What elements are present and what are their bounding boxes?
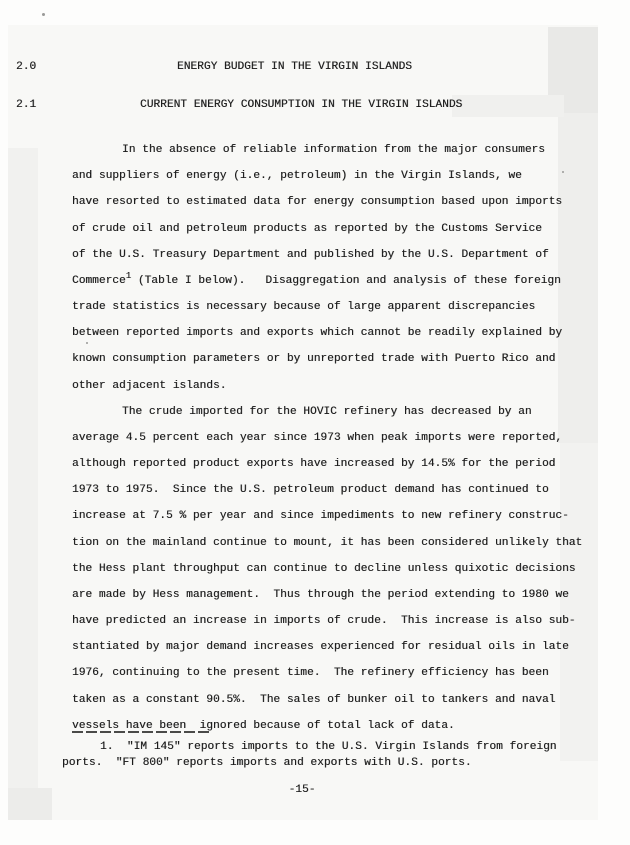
body-line: increase at 7.5 % per year and since imp… [72, 503, 584, 529]
body-line: are made by Hess management. Thus throug… [72, 582, 584, 608]
footnote-reference-superscript: 1 [126, 263, 131, 289]
body-line: known consumption parameters or by unrep… [72, 346, 584, 372]
scan-shade-behind-title [452, 95, 564, 117]
body-line: stantiated by major demand increases exp… [72, 634, 584, 660]
body-line-text: Commerce [72, 275, 126, 287]
body-text: In the absence of reliable information f… [72, 137, 584, 739]
body-line: of the U.S. Treasury Department and publ… [72, 242, 584, 268]
body-line: taken as a constant 90.5%. The sales of … [72, 687, 584, 713]
body-line: average 4.5 percent each year since 1973… [72, 425, 584, 451]
body-line: of crude oil and petroleum products as r… [72, 216, 584, 242]
body-line-text: (Table I below). Disaggregation and anal… [131, 275, 561, 287]
page-number: -15- [72, 784, 532, 796]
section-title-current-consumption: CURRENT ENERGY CONSUMPTION IN THE VIRGIN… [140, 99, 462, 111]
footnote: 1. "IM 145" reports imports to the U.S. … [62, 740, 582, 771]
body-line: In the absence of reliable information f… [72, 137, 584, 163]
body-line: other adjacent islands. [72, 373, 584, 399]
body-line-commerce: Commerce1 (Table I below). Disaggregatio… [72, 268, 584, 294]
body-line: the Hess plant throughput can continue t… [72, 556, 584, 582]
scanned-document-page: 2.0 ENERGY BUDGET IN THE VIRGIN ISLANDS … [0, 0, 630, 845]
scan-shade-left [8, 148, 38, 820]
scan-speck [42, 13, 45, 16]
footnote-line: 1. "IM 145" reports imports to the U.S. … [62, 740, 582, 756]
body-line: have resorted to estimated data for ener… [72, 189, 584, 215]
body-line: although reported product exports have i… [72, 451, 584, 477]
section-number-2-1: 2.1 [16, 99, 36, 111]
body-line: tion on the mainland continue to mount, … [72, 530, 584, 556]
scan-shade-bottom-left [8, 788, 52, 820]
body-line: between reported imports and exports whi… [72, 320, 584, 346]
body-line: 1976, continuing to the present time. Th… [72, 660, 584, 686]
footnote-line: ports. "FT 800" reports imports and expo… [62, 756, 582, 772]
section-title-energy-budget: ENERGY BUDGET IN THE VIRGIN ISLANDS [177, 61, 412, 73]
body-line: have predicted an increase in imports of… [72, 608, 584, 634]
section-number-2-0: 2.0 [16, 61, 36, 73]
body-line: 1973 to 1975. Since the U.S. petroleum p… [72, 477, 584, 503]
body-line: and suppliers of energy (i.e., petroleum… [72, 163, 584, 189]
body-line: trade statistics is necessary because of… [72, 294, 584, 320]
body-line: vessels have been ignored because of tot… [72, 713, 584, 739]
footnote-separator-line [72, 731, 212, 733]
body-line: The crude imported for the HOVIC refiner… [72, 399, 584, 425]
